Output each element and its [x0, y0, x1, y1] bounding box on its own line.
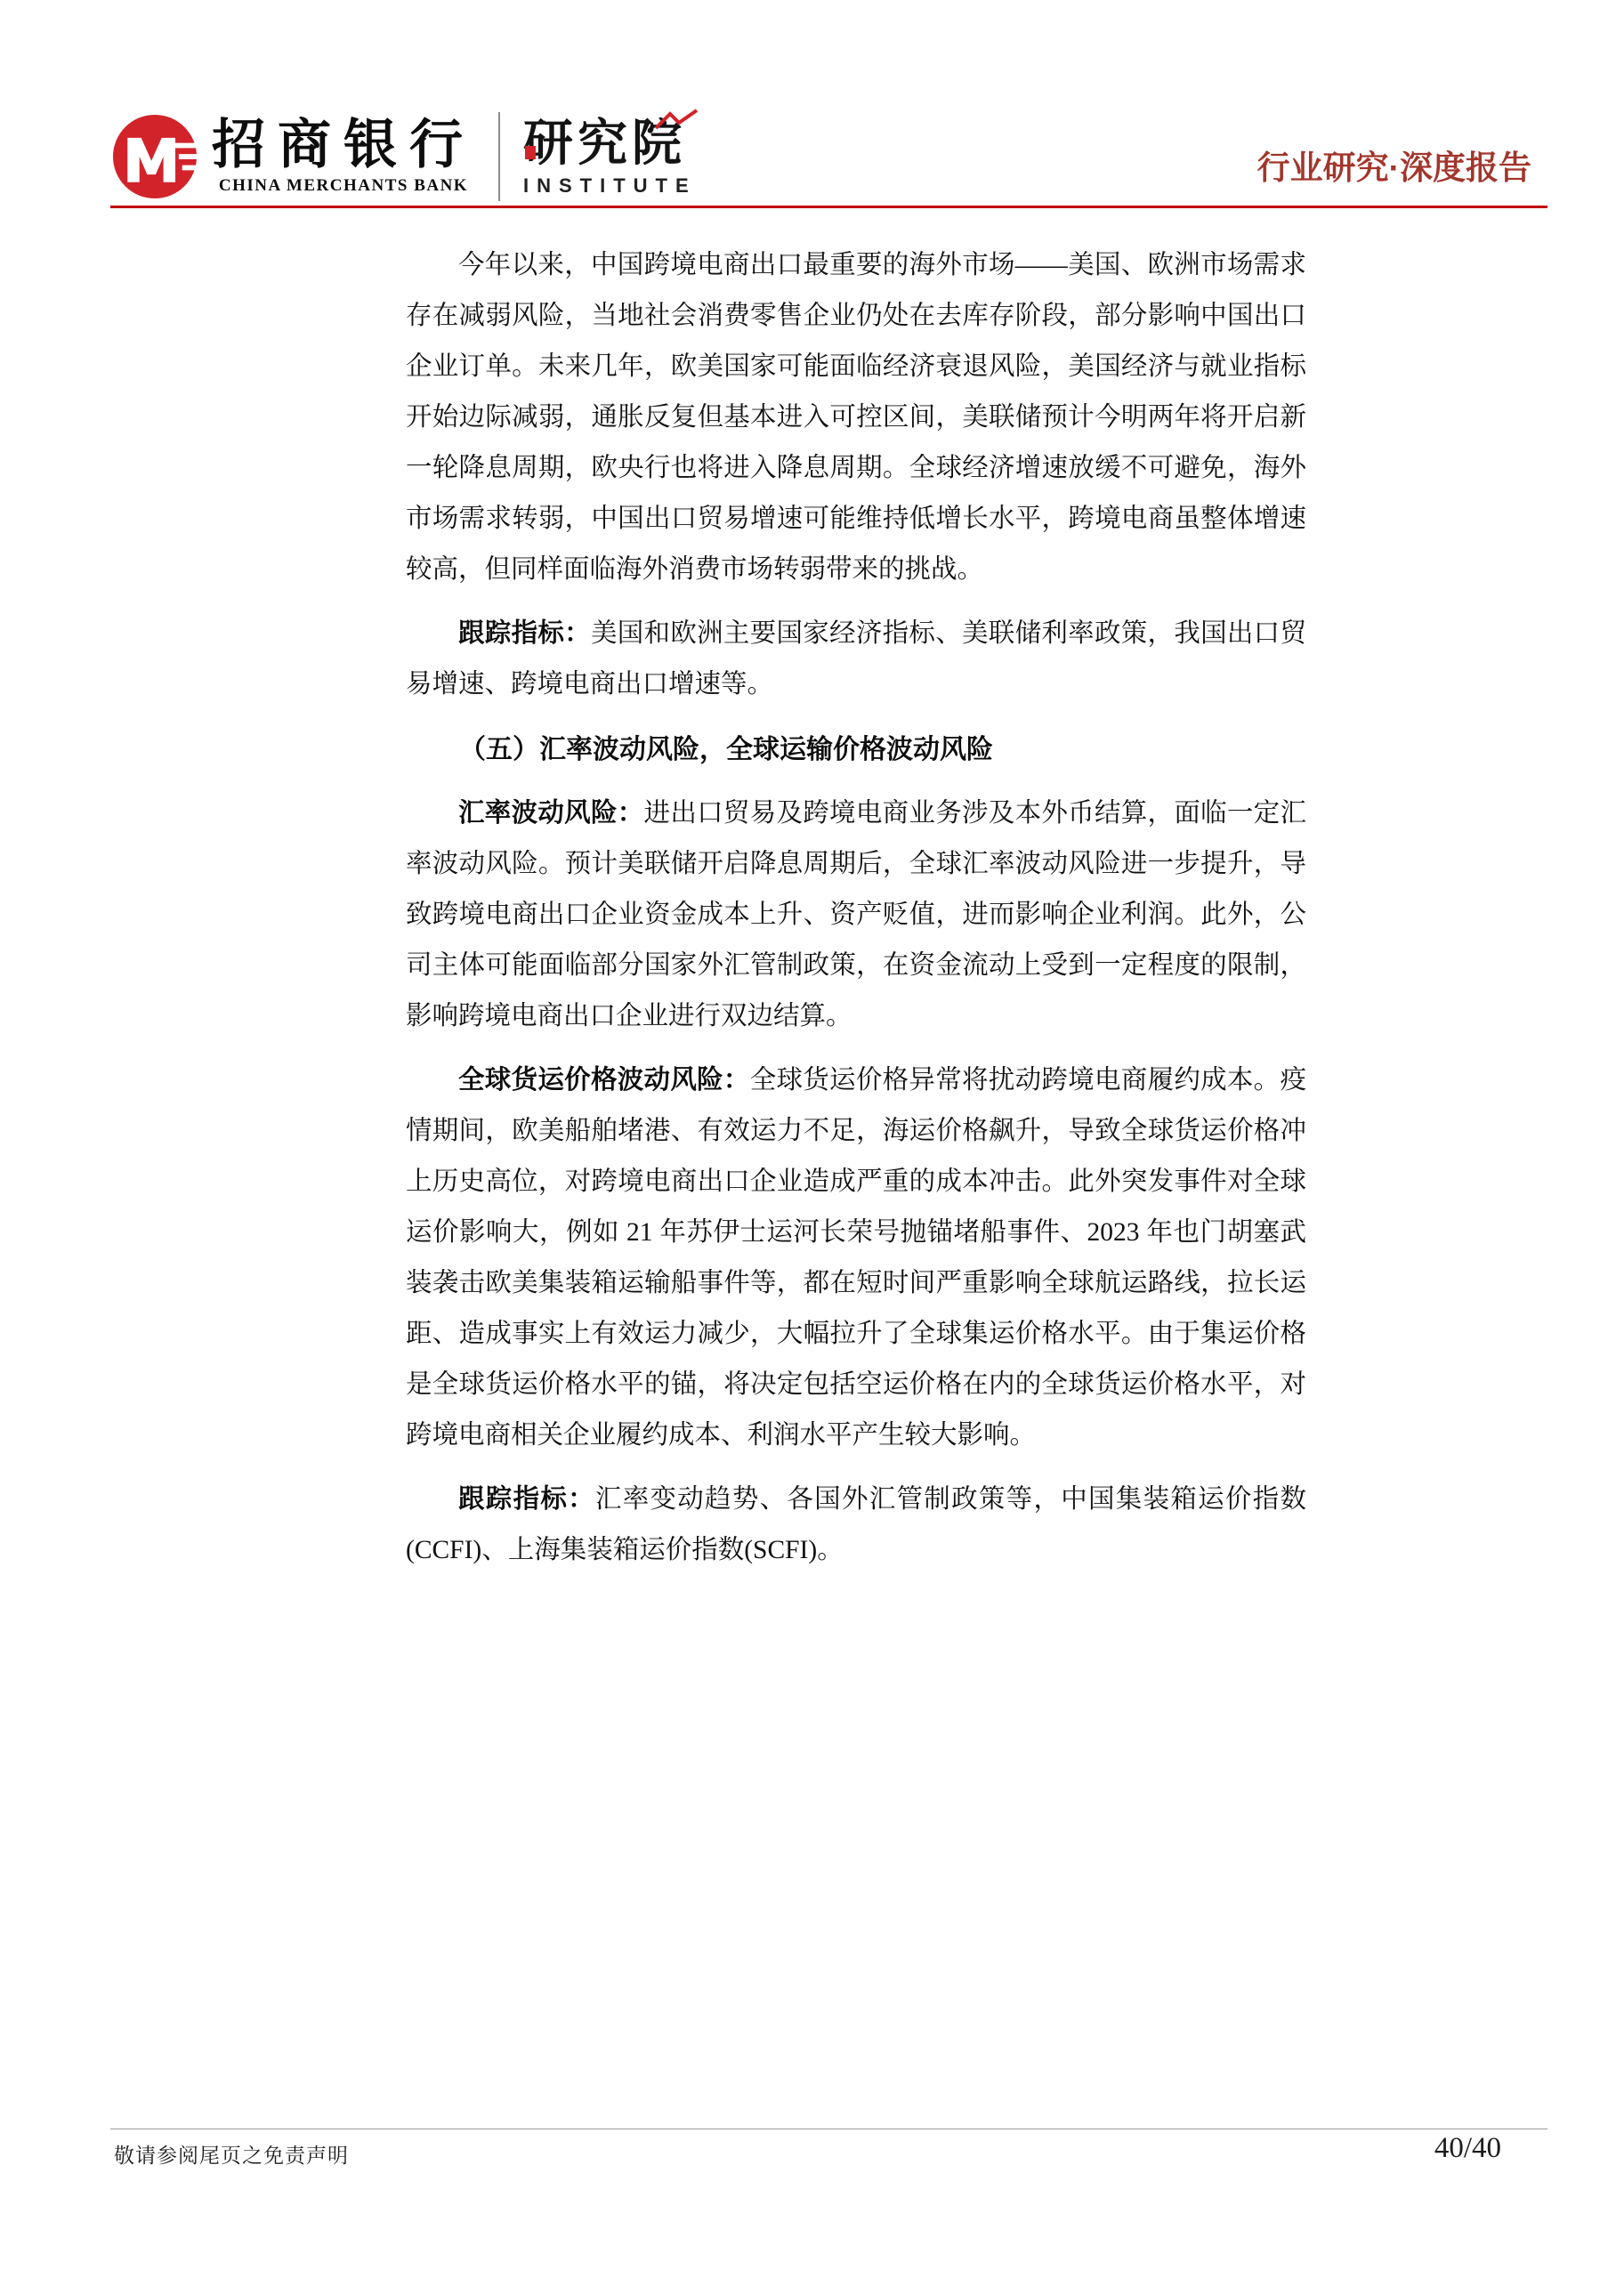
paragraph-market-overview: 今年以来，中国跨境电商出口最重要的海外市场——美国、欧洲市场需求存在减弱风险，当… — [406, 240, 1306, 595]
logo-divider — [498, 112, 500, 201]
paragraph-tracking-indicators-1: 跟踪指标：美国和欧洲主要国家经济指标、美联储利率政策，我国出口贸易增速、跨境电商… — [406, 608, 1306, 710]
footer-disclaimer: 敬请参阅尾页之免责声明 — [114, 2139, 349, 2169]
paragraph-freight-risk: 全球货运价格波动风险：全球货运价格异常将扰动跨境电商履约成本。疫情期间，欧美船舶… — [406, 1054, 1306, 1461]
institute-logo: 研究院 INSTITUTE — [523, 116, 697, 198]
paragraph-fx-risk: 汇率波动风险：进出口贸易及跨境电商业务涉及本外币结算，面临一定汇率波动风险。预计… — [406, 788, 1306, 1042]
freight-risk-lead: 全球货运价格波动风险： — [458, 1065, 750, 1095]
document-body: 今年以来，中国跨境电商出口最重要的海外市场——美国、欧洲市场需求存在减弱风险，当… — [406, 240, 1306, 1588]
page-number: 40/40 — [1434, 2132, 1501, 2165]
institute-trendline-icon — [654, 109, 700, 132]
cmb-logo-group: 招商银行 CHINA MERCHANTS BANK 研究院 INSTITUTE — [112, 112, 697, 201]
tracking-indicators-lead-1: 跟踪指标： — [458, 618, 591, 648]
tracking-indicators-lead-2: 跟踪指标： — [458, 1484, 595, 1514]
fx-risk-lead: 汇率波动风险： — [458, 798, 644, 828]
freight-risk-text: 全球货运价格异常将扰动跨境电商履约成本。疫情期间，欧美船舶堵港、有效运力不足，海… — [406, 1066, 1306, 1450]
header-rule — [110, 206, 1547, 208]
report-type-label: 行业研究·深度报告 — [1257, 141, 1531, 189]
cmb-logo-icon — [112, 114, 198, 199]
institute-name-en: INSTITUTE — [523, 174, 697, 198]
footer-rule — [110, 2129, 1547, 2129]
institute-red-block-icon — [525, 146, 537, 160]
section-heading-5: （五）汇率波动风险，全球运输价格波动风险 — [406, 724, 1306, 775]
report-page: 招商银行 CHINA MERCHANTS BANK 研究院 INSTITUTE … — [0, 0, 1624, 2278]
bank-name-en: CHINA MERCHANTS BANK — [212, 176, 475, 196]
paragraph-tracking-indicators-2: 跟踪指标：汇率变动趋势、各国外汇管制政策等，中国集装箱运价指数(CCFI)、上海… — [406, 1474, 1306, 1576]
bank-name-cn: 招商银行 — [212, 117, 475, 174]
bank-names: 招商银行 CHINA MERCHANTS BANK — [212, 117, 475, 196]
fx-risk-text: 进出口贸易及跨境电商业务涉及本外币结算，面临一定汇率波动风险。预计美联储开启降息… — [406, 799, 1306, 1030]
